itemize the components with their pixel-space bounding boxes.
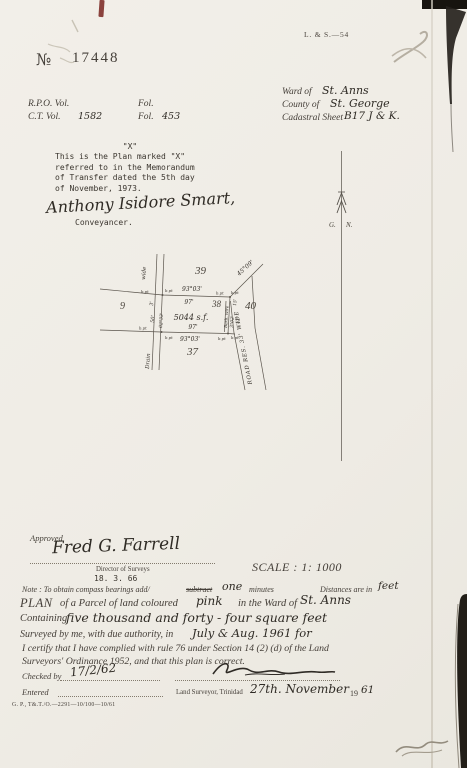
south-boundary-distance: 97' [188, 324, 198, 331]
director-of-surveys-label: Director of Surveys [96, 566, 150, 573]
west-distance-label: 50' [150, 315, 157, 323]
north-label-n: N. [345, 221, 353, 229]
paper-crease-line [431, 0, 433, 768]
plan-text-1: of a Parcel of land coloured [60, 598, 178, 609]
ward-label: Ward of [282, 87, 312, 97]
svg-text:b.pt: b.pt [218, 336, 226, 341]
memo-line-2: referred to in the Memorandum [55, 163, 195, 174]
form-code: L. & S.—54 [304, 30, 349, 39]
containing-value: five thousand and forty - four square fe… [66, 610, 327, 625]
lot-9-label: 9 [120, 301, 125, 312]
plan-word: PLAN [20, 596, 53, 611]
lot-37-label: 37 [186, 346, 199, 358]
diagonal-bearing-label: 45°09' [235, 259, 255, 278]
east-distance-2-label: 52' [235, 317, 241, 324]
east-distance-1-label: 15' [232, 299, 238, 306]
north-arrow: G. N. [320, 147, 364, 465]
entered-date-19: 19 [350, 689, 358, 698]
plan-text-2: in the Ward of [238, 598, 297, 609]
parcel-area-label: 5044 s.f. [174, 313, 209, 322]
containing-label: Containing [20, 613, 67, 624]
director-signature: Fred G. Farrell [52, 534, 181, 558]
svg-text:b.pt: b.pt [231, 335, 239, 340]
memo-mark: "X" [55, 142, 205, 151]
scale-label: SCALE : 1: 1000 [252, 560, 342, 575]
plan-number: 17448 [72, 50, 120, 67]
pencil-scribble-top-right [384, 26, 432, 68]
svg-text:b.pt: b.pt [216, 291, 224, 296]
ct-vol-label: C.T. Vol. [28, 112, 61, 122]
plan-number-sign: № [36, 50, 51, 69]
cadastral-label: Cadastral Sheet [282, 113, 343, 123]
note-amount: one [222, 580, 242, 593]
approved-date: 18. 3. 66 [94, 574, 137, 583]
south-boundary-bearing: 93°03' [180, 336, 200, 343]
ward-value: St. Anns [322, 84, 369, 97]
cadastral-value: B17 J & K. [344, 110, 400, 122]
county-value: St. George [330, 97, 390, 110]
scanned-survey-plan-document: L. & S.—54 № 17448 R.P.O. Vol. C.T. Vol.… [0, 0, 467, 768]
surveyor-signature-line [175, 679, 340, 681]
conveyancer-title: Conveyancer. [75, 218, 133, 227]
lot-38-label: 38 [211, 299, 222, 309]
memo-line-3: of Transfer dated the 5th day [55, 173, 195, 184]
fol-label-1: Fol. [138, 99, 154, 109]
memo-text: This is the Plan marked "X" referred to … [55, 152, 195, 194]
entered-date-year: 61 [361, 684, 374, 696]
ct-vol-value: 1582 [78, 111, 102, 122]
fol-value: 453 [162, 111, 180, 122]
checked-by-line [60, 679, 160, 681]
certify-line-1: I certify that I have complied with rule… [22, 643, 329, 654]
west-width-label: 3' [149, 301, 155, 306]
north-label-g: G. [329, 221, 336, 229]
east-bearing-label: 3°02' [229, 316, 236, 328]
fol-label-2: Fol. [138, 112, 154, 122]
rpo-vol-label: R.P.O. Vol. [28, 99, 69, 109]
svg-text:b.pt: b.pt [165, 335, 173, 340]
approved-signature-line [30, 562, 215, 564]
plan-colour-value: pink [196, 594, 223, 608]
entered-line [58, 695, 163, 697]
svg-text:b.pt: b.pt [141, 289, 149, 294]
note-prefix: Note : To obtain compass bearings add/ [22, 585, 150, 594]
entered-date-day: 27th. November [250, 682, 349, 696]
surveyor-signature-scrawl [205, 658, 340, 680]
surveyed-prefix: Surveyed by me, with due authority, in [20, 629, 173, 640]
lot-39-label: 39 [194, 265, 207, 277]
svg-text:b.pt: b.pt [165, 288, 173, 293]
svg-text:b.pt: b.pt [231, 290, 239, 295]
plan-diagram: 39 40 38 37 9 5044 s.f. 93°03' 97' 97' 9… [95, 248, 280, 396]
plan-ward-value: St. Anns [300, 593, 351, 607]
scan-edge-ink-blot [438, 4, 467, 154]
entered-label: Entered [22, 687, 49, 697]
lot-40-label: 40 [245, 300, 257, 312]
drain-width-word: wide [141, 266, 148, 280]
pencil-scribble-bottom-right [392, 730, 454, 760]
note-struck-word: subtract [186, 585, 212, 594]
note-units: feet [378, 580, 399, 592]
surveyed-value: July & Aug. 1961 for [192, 626, 312, 640]
county-label: County of [282, 100, 319, 110]
land-surveyor-label: Land Surveyor, Trinidad [176, 689, 243, 696]
west-bearing-label: 02°33' [158, 313, 165, 328]
memo-line-1: This is the Plan marked "X" [55, 152, 195, 163]
svg-text:b.pt: b.pt [139, 326, 147, 331]
checked-by-label: Checked by [22, 671, 61, 681]
north-boundary-distance: 97' [184, 299, 194, 306]
north-boundary-bearing: 93°03' [182, 286, 202, 293]
red-stamp-mark [98, 0, 104, 17]
printer-code: G. P., T&.T./O.—2291—10/100—10/61 [12, 702, 115, 708]
note-minutes: minutes [249, 585, 274, 594]
drain-word: Drain [145, 353, 152, 370]
